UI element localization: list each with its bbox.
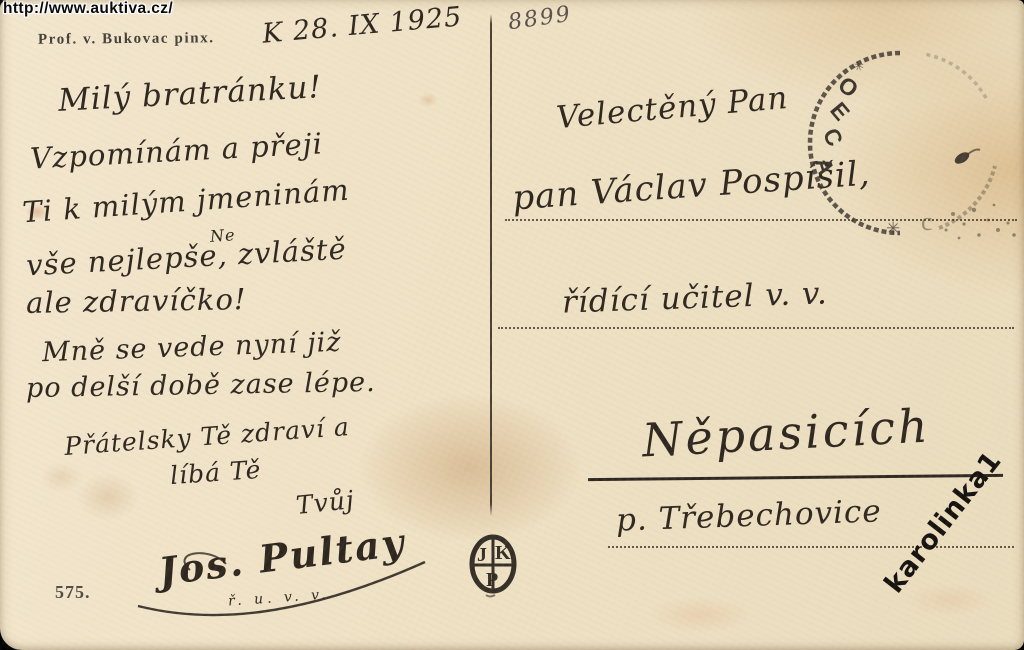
postmark-letter: A (810, 154, 840, 178)
message-line: Tvůj (295, 485, 356, 520)
postmark-star-icon: ✳ (886, 219, 900, 238)
logo-letter-j: J (477, 544, 487, 566)
catalog-number: 8899 (507, 2, 574, 36)
postcard-back: Prof. v. Bukovac pinx. K 28. IX 1925 889… (0, 0, 1024, 650)
signature-flourish (130, 540, 450, 620)
address-rule-3 (608, 546, 1014, 548)
message-line: líbá Tě (169, 455, 262, 490)
card-number: 575. (55, 582, 91, 603)
message-line: Mně se vede nyní již (42, 327, 342, 368)
logo-letter-p: P (486, 569, 498, 591)
postmark-letter: C (818, 124, 849, 151)
message-line: Milý bratránku! (57, 69, 323, 119)
address-occupation: řídící učitel v. v. (561, 275, 828, 320)
message-line: ale zdravíčko! (26, 282, 247, 320)
postmark-stamp: A C E O ✳ ✳ c (788, 34, 1024, 254)
postmark-smudge-letter: c (921, 207, 933, 236)
message-line: Ti k milým jmeninám (21, 173, 350, 230)
postmark-star-icon: ✳ (851, 57, 867, 75)
address-salutation: Velectěný Pan (555, 80, 790, 136)
postmark-letter: E (825, 97, 855, 125)
publisher-logo-jkp: J K P (468, 534, 518, 598)
message-line: Vzpomínám a přeji (29, 126, 323, 175)
message-line: vše nejlepše, zvláště (25, 232, 347, 283)
address-place: Něpasicích (641, 398, 932, 467)
ink-blob (953, 150, 971, 166)
collector-watermark: karolinka1 (879, 445, 1009, 599)
artist-credit: Prof. v. Bukovac pinx. (38, 30, 215, 49)
auction-site-watermark: http://www.auktiva.cz/ (3, 0, 173, 18)
handwritten-date: K 28. IX 1925 (261, 1, 463, 49)
message-line: Přátelsky Tě zdraví a (63, 412, 350, 461)
address-rule-2 (498, 327, 1014, 329)
message-line: po delší době zase lépe. (26, 367, 376, 404)
postcard-scan: Prof. v. Bukovac pinx. K 28. IX 1925 889… (0, 0, 1024, 650)
address-post-office: p. Třebechovice (615, 493, 882, 538)
address-place-underline (588, 474, 1003, 481)
center-divider-line (490, 14, 492, 516)
logo-letter-k: K (495, 542, 511, 564)
